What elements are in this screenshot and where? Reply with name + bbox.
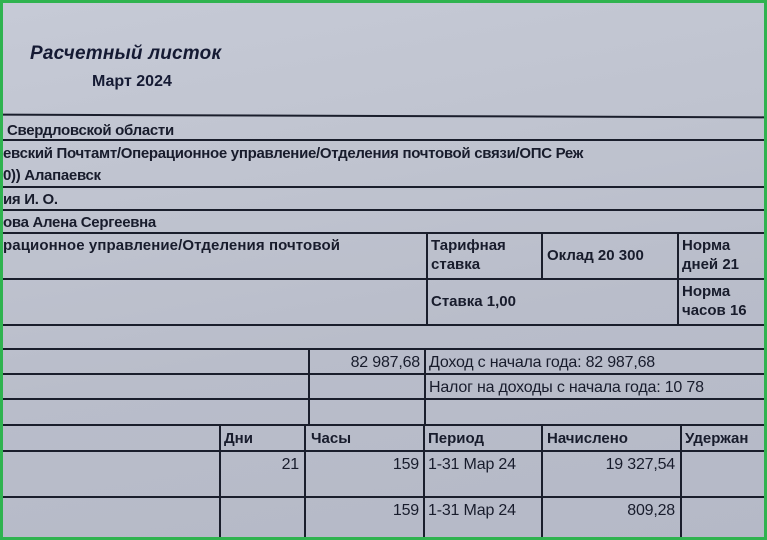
rule xyxy=(541,232,543,279)
rule xyxy=(3,186,767,188)
rule xyxy=(3,232,767,234)
rule xyxy=(3,324,767,326)
rule xyxy=(3,450,767,452)
region-text: Свердловской области xyxy=(7,121,174,140)
rule xyxy=(541,424,543,540)
row-accrued: 19 327,54 xyxy=(541,455,675,474)
column-header-days: Дни xyxy=(224,429,253,448)
ytd-tax: Налог на доходы с начала года: 10 78 xyxy=(429,378,704,397)
row-days: 21 xyxy=(219,455,299,474)
document-period: Март 2024 xyxy=(92,73,172,91)
row-period: 1-31 Мар 24 xyxy=(428,501,533,520)
rule xyxy=(219,424,221,540)
document-title: Расчетный листок xyxy=(30,43,221,65)
row-hours: 159 xyxy=(304,455,419,474)
department-line-2: 0)) Алапаевск xyxy=(3,166,101,185)
column-header-accrued: Начислено xyxy=(547,429,628,448)
rule xyxy=(304,424,306,540)
department-line-1: евский Почтамт/Операционное управление/О… xyxy=(3,144,583,163)
rule xyxy=(426,232,428,326)
rule xyxy=(423,424,425,540)
row-period: 1-31 Мар 24 xyxy=(428,455,533,474)
rule xyxy=(3,348,767,350)
row-hours: 159 xyxy=(304,501,419,520)
salary-value: Оклад 20 300 xyxy=(547,246,644,265)
rule xyxy=(3,278,767,280)
rule xyxy=(3,114,767,119)
rate-value: Ставка 1,00 xyxy=(431,292,516,311)
employee-name: ова Алена Сергеевна xyxy=(3,213,156,232)
column-header-withheld: Удержан xyxy=(685,429,748,448)
tariff-label: Тарифная ставка xyxy=(431,236,531,274)
norm-days: Норма дней 21 xyxy=(682,236,762,274)
column-header-period: Период xyxy=(428,429,484,448)
payslip-document: Расчетный листок Март 2024 Свердловской … xyxy=(3,3,767,540)
column-header-hours: Часы xyxy=(311,429,351,448)
norm-hours: Норма часов 16 xyxy=(682,282,767,320)
ytd-income: Доход с начала года: 82 987,68 xyxy=(429,353,655,372)
photo-frame: Расчетный листок Март 2024 Свердловской … xyxy=(0,0,767,540)
rule xyxy=(424,348,426,425)
rule xyxy=(677,232,679,326)
row-accrued: 809,28 xyxy=(541,501,675,520)
rule xyxy=(3,398,767,400)
position-text: рационное управление/Отделения почтовой xyxy=(3,236,340,255)
rule xyxy=(3,373,767,375)
rule xyxy=(3,496,767,498)
income-amount: 82 987,68 xyxy=(308,353,420,372)
employee-initials: ия И. О. xyxy=(3,190,58,209)
rule xyxy=(3,209,767,211)
rule xyxy=(680,424,682,540)
rule xyxy=(3,424,767,426)
